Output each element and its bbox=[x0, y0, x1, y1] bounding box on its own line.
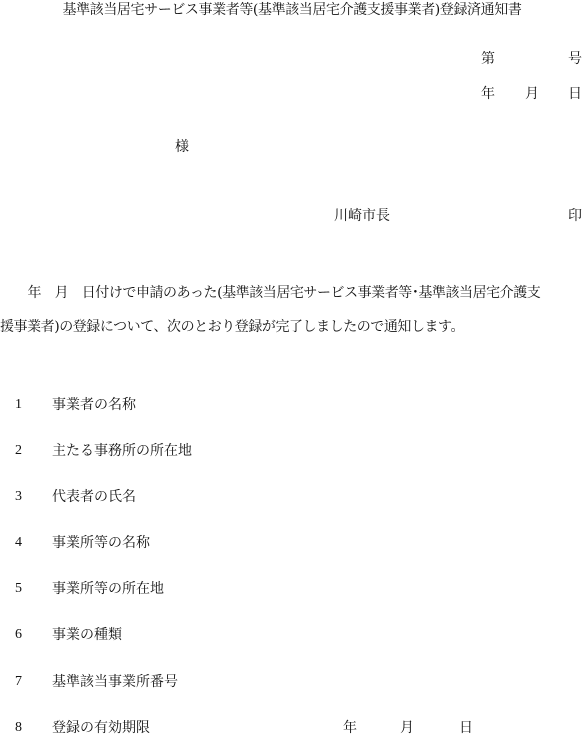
item-number: 7 bbox=[15, 673, 22, 691]
item-label: 事業者の名称 bbox=[52, 396, 136, 414]
expiry-month: 月 bbox=[400, 719, 414, 735]
item-label: 主たる事務所の所在地 bbox=[52, 442, 192, 460]
item-number: 4 bbox=[15, 534, 22, 552]
item-number: 3 bbox=[15, 488, 22, 506]
expiry-year: 年 bbox=[343, 719, 357, 735]
item-label: 事業所等の名称 bbox=[52, 534, 150, 552]
number-suffix: 号 bbox=[568, 50, 582, 68]
item-label: 基準該当事業所番号 bbox=[52, 673, 178, 691]
issue-date-day: 日 bbox=[568, 85, 582, 103]
item-number: 5 bbox=[15, 580, 22, 598]
issuer-name: 川崎市長 bbox=[334, 207, 390, 225]
expiry-day: 日 bbox=[459, 719, 473, 735]
seal-mark: 印 bbox=[568, 207, 582, 225]
issue-date-month: 月 bbox=[525, 85, 539, 103]
body-paragraph-line-2: 援事業者)の登録について、次のとおり登録が完了しましたので通知します。 bbox=[0, 318, 584, 336]
item-label: 事業の種類 bbox=[52, 626, 122, 644]
item-label: 登録の有効期限 bbox=[52, 719, 150, 735]
document-title: 基準該当居宅サービス事業者等(基準該当居宅介護支援事業者)登録済通知書 bbox=[0, 1, 584, 19]
item-label: 事業所等の所在地 bbox=[52, 580, 164, 598]
issue-date-year: 年 bbox=[481, 85, 495, 103]
item-number: 6 bbox=[15, 626, 22, 644]
item-number: 1 bbox=[15, 396, 22, 414]
item-label: 代表者の氏名 bbox=[52, 488, 136, 506]
addressee-suffix: 様 bbox=[175, 138, 189, 156]
number-prefix: 第 bbox=[481, 50, 495, 68]
body-paragraph-line-1: 年 月 日付けで申請のあった(基準該当居宅サービス事業者等･基準該当居宅介護支 bbox=[14, 284, 584, 302]
item-number: 2 bbox=[15, 442, 22, 460]
item-number: 8 bbox=[15, 719, 22, 735]
